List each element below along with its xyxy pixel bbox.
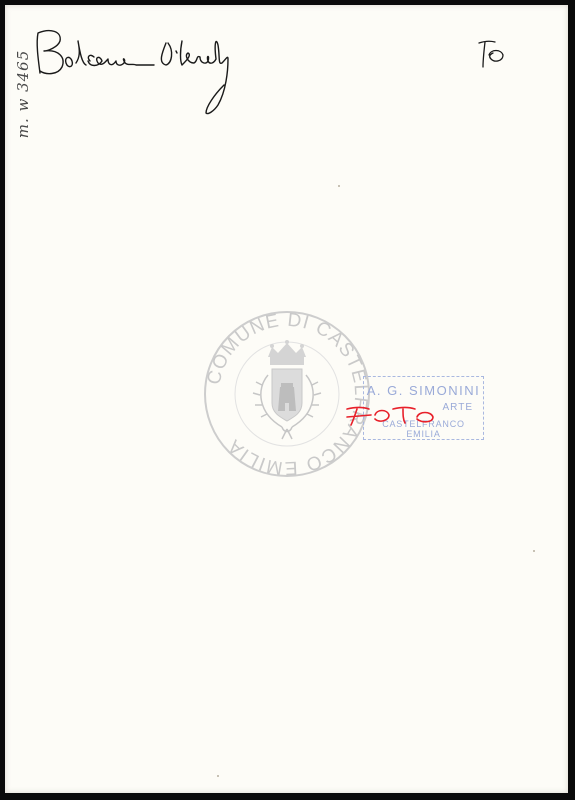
stamp-subtitle: ARTE [443, 402, 474, 413]
handwritten-signature [30, 13, 290, 123]
fo-glyph [475, 35, 525, 75]
paper-speck [533, 550, 535, 552]
paper-speck [338, 185, 340, 187]
corner-handwritten-mark [475, 35, 525, 75]
photo-back-paper: m. w 3465 COMUNE DI CASTELFRANCO EMILIA [5, 5, 568, 793]
archive-number: m. w 3465 [14, 44, 32, 144]
municipal-seal: COMUNE DI CASTELFRANCO EMILIA [202, 309, 372, 479]
seal-emblem-icon: COMUNE DI CASTELFRANCO EMILIA [202, 309, 372, 479]
paper-speck [217, 775, 219, 777]
foto-glyph [345, 401, 440, 429]
signature-glyph [30, 13, 290, 123]
red-foto-annotation [345, 401, 440, 429]
stamp-name: A. G. SIMONINI [364, 383, 483, 398]
